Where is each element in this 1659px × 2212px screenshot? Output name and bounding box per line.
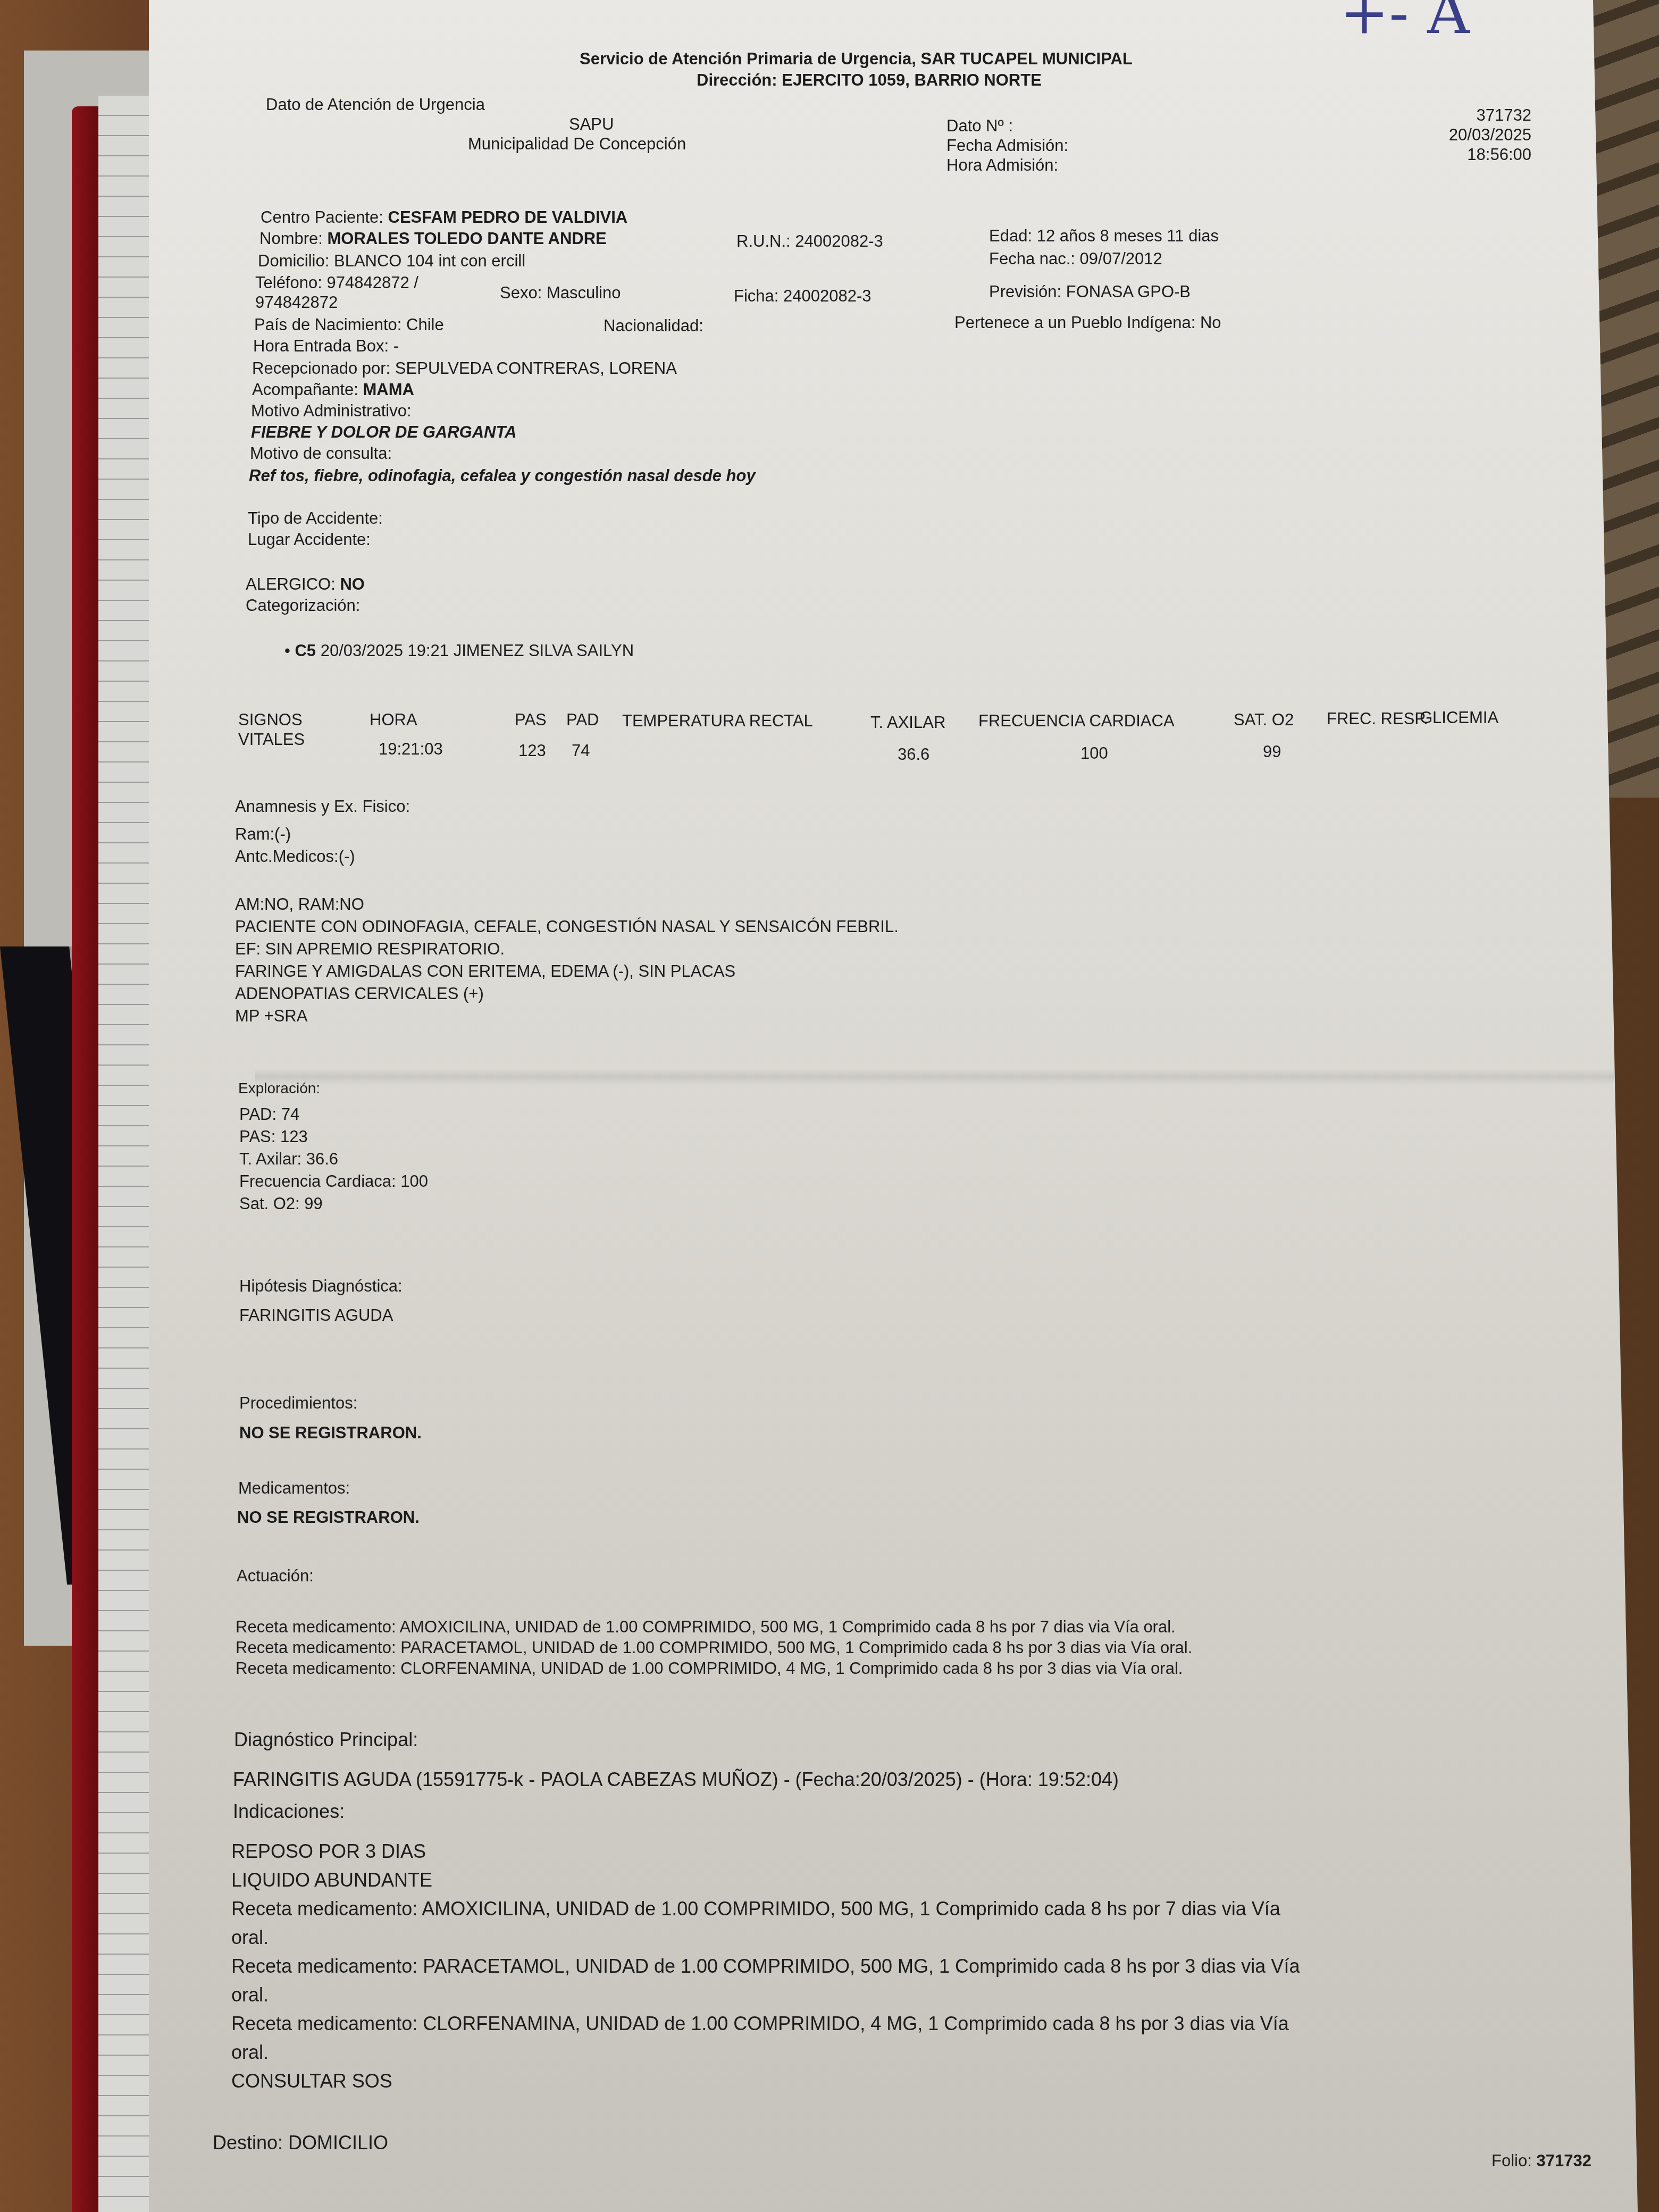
patient-name: Nombre: MORALES TOLEDO DANTE ANDRE <box>259 229 607 248</box>
institution-address: Dirección: EJERCITO 1059, BARRIO NORTE <box>697 70 1042 90</box>
hora-admision-label: Hora Admisión: <box>946 155 1068 175</box>
medicamentos-label: Medicamentos: <box>238 1478 350 1498</box>
anamnesis-ram: Ram:(-) <box>235 824 291 844</box>
vitals-col-pad: PAD <box>566 710 599 730</box>
vitals-pad: 74 <box>572 741 590 760</box>
motivo-administrativo: FIEBRE Y DOLOR DE GARGANTA <box>251 422 516 442</box>
vitals-hora: 19:21:03 <box>379 739 443 759</box>
hipotesis-value: FARINGITIS AGUDA <box>239 1305 393 1325</box>
admission-labels: Dato Nº : Fecha Admisión: Hora Admisión: <box>946 116 1068 175</box>
admission-values: 371732 20/03/2025 18:56:00 <box>1372 105 1531 165</box>
procedimientos-label: Procedimientos: <box>239 1393 357 1413</box>
dato-value: 371732 <box>1372 105 1531 125</box>
section-title: Dato de Atención de Urgencia <box>266 95 485 114</box>
patient-nationality: Nacionalidad: <box>604 316 703 336</box>
diagnostico-label: Diagnóstico Principal: <box>234 1728 418 1751</box>
indicaciones-list: REPOSO POR 3 DIAS LIQUIDO ABUNDANTE Rece… <box>231 1837 1300 2096</box>
destino: Destino: DOMICILIO <box>213 2131 388 2154</box>
folio: Folio: 371732 <box>1492 2151 1591 2171</box>
actuacion-recetas: Receta medicamento: AMOXICILINA, UNIDAD … <box>236 1616 1192 1679</box>
centro-paciente: Centro Paciente: CESFAM PEDRO DE VALDIVI… <box>261 207 627 227</box>
patient-sex: Sexo: Masculino <box>500 283 621 303</box>
hora-admision-value: 18:56:00 <box>1372 145 1531 164</box>
patient-birth-country: País de Nacimiento: Chile <box>254 315 444 334</box>
hipotesis-label: Hipótesis Diagnóstica: <box>239 1276 403 1296</box>
indicaciones-label: Indicaciones: <box>233 1800 345 1823</box>
notebook-edge <box>98 96 157 2212</box>
service-name: SAPU <box>569 114 614 134</box>
patient-address: Domicilio: BLANCO 104 int con ercill <box>258 251 525 271</box>
acompanante: Acompañante: MAMA <box>252 380 414 399</box>
anamnesis-notes: AM:NO, RAM:NO PACIENTE CON ODINOFAGIA, C… <box>235 893 899 1027</box>
vitals-col-sat-o2: SAT. O2 <box>1234 710 1294 730</box>
medical-record-page: +- A Servicio de Atención Primaria de Ur… <box>149 0 1638 2212</box>
exploracion-values: PAD: 74 PAS: 123 T. Axilar: 36.6 Frecuen… <box>239 1103 428 1215</box>
categorizacion-item: • C5 20/03/2025 19:21 JIMENEZ SILVA SAIL… <box>284 641 634 660</box>
alergico: ALERGICO: NO <box>246 574 365 594</box>
motivo-administrativo-label: Motivo Administrativo: <box>251 401 412 421</box>
bullet-icon: • <box>284 641 290 660</box>
anamnesis-antc: Antc.Medicos:(-) <box>235 847 355 866</box>
anamnesis-label: Anamnesis y Ex. Fisico: <box>235 797 410 816</box>
exploracion-label: Exploración: <box>238 1079 320 1097</box>
procedimientos-value: NO SE REGISTRARON. <box>239 1423 422 1443</box>
categorizacion-label: Categorización: <box>246 596 360 615</box>
vitals-col-frec-cardiaca: FRECUENCIA CARDIACA <box>978 711 1175 731</box>
vitals-sat-o2: 99 <box>1263 742 1281 761</box>
patient-prevision: Previsión: FONASA GPO-B <box>989 282 1191 301</box>
patient-birthdate: Fecha nac.: 09/07/2012 <box>989 249 1162 269</box>
handwritten-note: +- A <box>1340 0 1470 47</box>
diagnostico-value: FARINGITIS AGUDA (15591775-k - PAOLA CAB… <box>233 1768 1119 1791</box>
lugar-accidente: Lugar Accidente: <box>248 530 371 549</box>
vitals-col-pas: PAS <box>515 710 547 730</box>
patient-indigenous: Pertenece a un Pueblo Indígena: No <box>954 313 1221 332</box>
tipo-accidente: Tipo de Accidente: <box>248 508 383 528</box>
vitals-col-t-axilar: T. AXILAR <box>870 713 945 732</box>
patient-ficha: Ficha: 24002082-3 <box>734 286 872 306</box>
municipality: Municipalidad De Concepción <box>468 134 686 154</box>
patient-age: Edad: 12 años 8 meses 11 dias <box>989 226 1219 246</box>
motivo-consulta: Ref tos, fiebre, odinofagia, cefalea y c… <box>249 466 756 485</box>
vitals-col-temp-rectal: TEMPERATURA RECTAL <box>622 711 813 731</box>
recepcionado-por: Recepcionado por: SEPULVEDA CONTRERAS, L… <box>252 358 677 378</box>
motivo-consulta-label: Motivo de consulta: <box>250 443 392 463</box>
vitals-t-axilar: 36.6 <box>898 744 929 764</box>
patient-phone: Teléfono: 974842872 / 974842872 <box>255 273 418 312</box>
fecha-admision-value: 20/03/2025 <box>1372 125 1531 145</box>
hora-entrada-box: Hora Entrada Box: - <box>253 336 399 356</box>
vitals-col-frec-resp: FREC. RESP. <box>1327 709 1428 728</box>
patient-run: R.U.N.: 24002082-3 <box>736 231 883 251</box>
institution-title: Servicio de Atención Primaria de Urgenci… <box>580 49 1133 69</box>
vitals-col-glicemia: GLICEMIA <box>1420 708 1498 727</box>
medicamentos-value: NO SE REGISTRARON. <box>237 1507 420 1527</box>
fecha-admision-label: Fecha Admisión: <box>946 136 1068 155</box>
vitals-row-label: SIGNOS VITALES <box>238 710 305 749</box>
actuacion-label: Actuación: <box>237 1566 314 1586</box>
paper-fold <box>255 1069 1659 1085</box>
vitals-frec-cardiaca: 100 <box>1080 743 1108 763</box>
vitals-col-hora: HORA <box>370 710 417 730</box>
dato-label: Dato Nº : <box>946 116 1068 136</box>
vitals-pas: 123 <box>518 741 546 760</box>
